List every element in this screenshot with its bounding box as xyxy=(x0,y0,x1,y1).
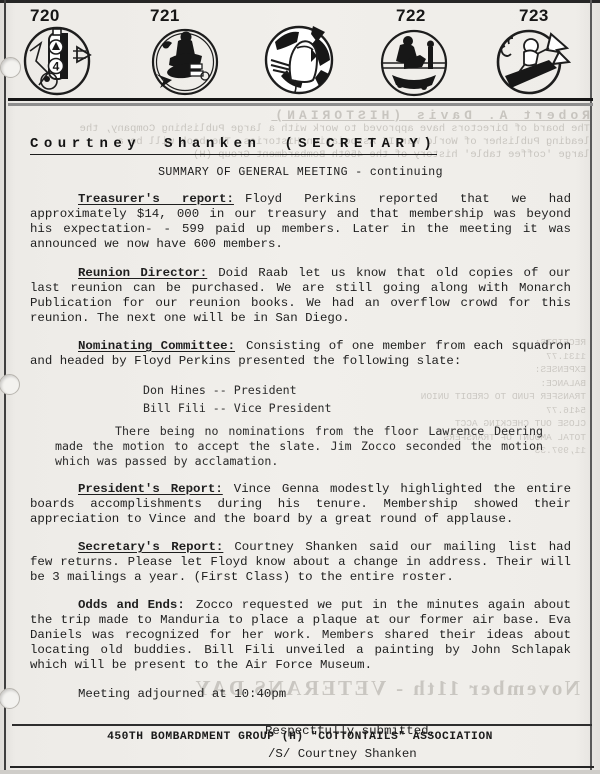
scan-edge-right xyxy=(590,0,592,770)
treasurers-report-heading: Treasurer's report: xyxy=(78,192,245,206)
nominating-committee-heading: Nominating Committee: xyxy=(78,339,246,353)
squadron-number-722: 722 xyxy=(396,6,426,26)
association-footer: 450TH BOMBARDMENT GROUP (H) "COTTONTAILS… xyxy=(30,731,570,743)
footer-rule-top xyxy=(12,724,592,726)
squadron-723-cherub-on-bomb-emblem-icon xyxy=(493,24,571,98)
punch-hole-top xyxy=(0,57,21,78)
scanned-newsletter-page: 720 721 722 723 4 xyxy=(0,0,600,774)
odds-and-ends-paragraph: Odds and Ends:Zocco requested we put in … xyxy=(30,598,571,673)
meeting-adjourned-line: Meeting adjourned at 10:40pm xyxy=(30,687,571,701)
squadron-number-720: 720 xyxy=(30,6,60,26)
punch-hole-middle xyxy=(0,374,20,395)
treasurers-report-paragraph: Treasurer's report:Floyd Perkins reporte… xyxy=(30,192,571,252)
odds-and-ends-heading: Odds and Ends: xyxy=(78,598,196,612)
squadron-721-bombardier-on-globe-emblem-icon xyxy=(148,24,222,98)
squadron-number-721: 721 xyxy=(150,6,180,26)
officer-slate: Don Hines -- PresidentBill Fili -- Vice … xyxy=(143,381,571,417)
slate-vice-president: Bill Fili -- Vice President xyxy=(143,401,331,415)
squadron-722-figure-emblem-icon xyxy=(378,27,450,99)
presidents-report-paragraph: President's Report:Vince Genna modestly … xyxy=(30,482,571,527)
page-subtitle: SUMMARY OF GENERAL MEETING - continuing xyxy=(30,166,571,179)
meeting-minutes: Courtney Shanken (SECRETARY) SUMMARY OF … xyxy=(30,106,571,761)
nominating-committee-paragraph: Nominating Committee:Consisting of one m… xyxy=(30,339,571,369)
reunion-director-heading: Reunion Director: xyxy=(78,266,218,280)
scan-edge-top xyxy=(0,0,600,3)
presidents-report-heading: President's Report: xyxy=(78,482,234,496)
page-title: Courtney Shanken (SECRETARY) xyxy=(30,136,437,155)
signature-line: /S/ Courtney Shanken xyxy=(268,747,571,761)
squadron-number-723: 723 xyxy=(519,6,549,26)
secretarys-report-heading: Secretary's Report: xyxy=(78,540,234,554)
motion-paragraph: There being no nominations from the floo… xyxy=(55,424,543,469)
scan-edge-bottom xyxy=(0,770,600,774)
squadron-720-bomb-emblem-icon: 4 xyxy=(20,25,94,97)
secretarys-report-paragraph: Secretary's Report:Courtney Shanken said… xyxy=(30,540,571,585)
footer-rule-bottom xyxy=(10,766,594,768)
group-knight-helmet-globe-emblem-icon xyxy=(261,22,337,98)
punch-hole-bottom xyxy=(0,688,20,709)
slate-president: Don Hines -- President xyxy=(143,383,297,397)
reunion-director-paragraph: Reunion Director:Doid Raab let us know t… xyxy=(30,266,571,326)
svg-text:4: 4 xyxy=(53,60,60,74)
